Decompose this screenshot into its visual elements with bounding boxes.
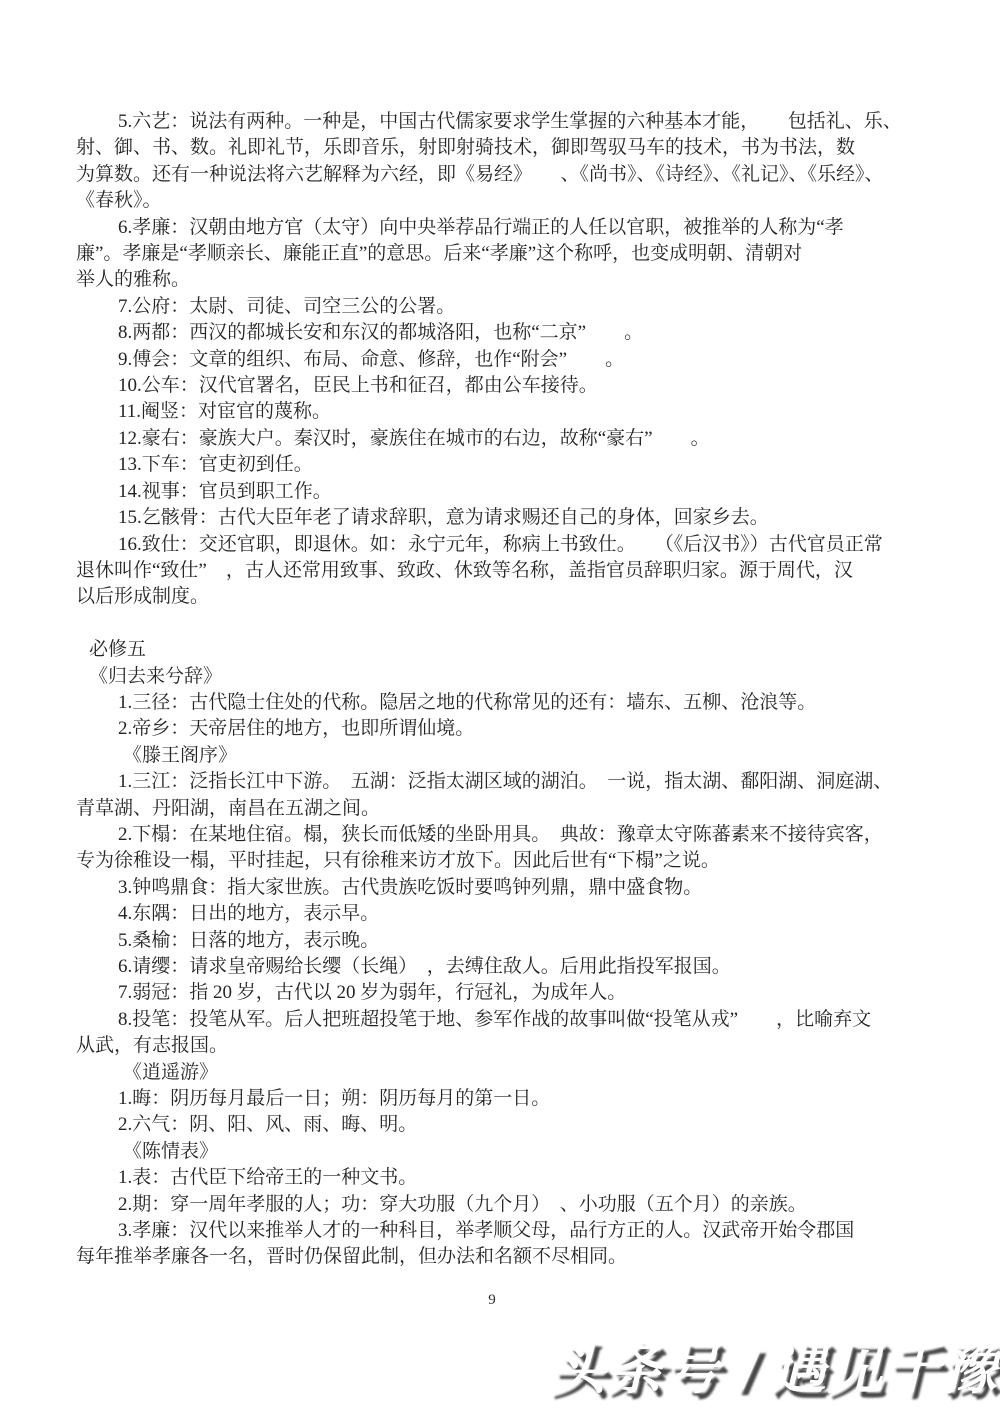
paragraph: 4.东隅：日出的地方，表示早。	[76, 901, 912, 927]
paragraph: 1.三径：古代隐士住处的代称。隐居之地的代称常见的还有：墙东、五柳、沧浪等。	[76, 690, 912, 716]
paragraph: 5.桑榆：日落的地方，表示晚。	[76, 928, 912, 954]
paragraph: 2.帝乡：天帝居住的地方，也即所谓仙境。	[76, 716, 912, 742]
paragraph: 1.三江：泛指长江中下游。 五湖：泛指太湖区域的湖泊。 一说，指太湖、鄱阳湖、洞…	[76, 769, 912, 822]
blank-line	[76, 611, 912, 637]
paragraph: 14.视事：官员到职工作。	[76, 479, 912, 505]
paragraph: 1.晦：阴历每月最后一日；朔：阴历每月的第一日。	[76, 1086, 912, 1112]
paragraph: 2.下榻：在某地住宿。榻，狭长而低矮的坐卧用具。 典故：豫章太守陈蕃素来不接待宾…	[76, 822, 912, 875]
paragraph: 7.公府：太尉、司徒、司空三公的公署。	[76, 294, 912, 320]
paragraph: 《逍遥游》	[76, 1060, 912, 1086]
paragraph: 6.孝廉：汉朝由地方官（太守）向中央举荐品行端正的人任以官职，被推举的人称为“孝…	[76, 215, 912, 294]
paragraph: 1.表：古代臣下给帝王的一种文书。	[76, 1165, 912, 1191]
paragraph: 10.公车：汉代官署名，臣民上书和征召，都由公车接待。	[76, 373, 912, 399]
document-body: 5.六艺：说法有两种。一种是，中国古代儒家要求学生掌握的六种基本才能， 包括礼、…	[76, 109, 912, 1271]
paragraph: 11.阉竖：对宦官的蔑称。	[76, 399, 912, 425]
paragraph: 必修五	[76, 637, 912, 663]
paragraph: 15.乞骸骨：古代大臣年老了请求辞职，意为请求赐还自己的身体，回家乡去。	[76, 505, 912, 531]
paragraph: 《陈情表》	[76, 1139, 912, 1165]
paragraph: 5.六艺：说法有两种。一种是，中国古代儒家要求学生掌握的六种基本才能， 包括礼、…	[76, 109, 912, 215]
paragraph: 2.六气：阴、阳、风、雨、晦、明。	[76, 1112, 912, 1138]
document-page: 5.六艺：说法有两种。一种是，中国古代儒家要求学生掌握的六种基本才能， 包括礼、…	[0, 0, 1000, 1415]
paragraph: 12.豪右：豪族大户。秦汉时，豪族住在城市的右边，故称“豪右” 。	[76, 426, 912, 452]
paragraph: 13.下车：官吏初到任。	[76, 452, 912, 478]
paragraph: 《滕王阁序》	[76, 743, 912, 769]
watermark-text: 头条号 / 遇见千豫	[545, 1325, 1000, 1405]
paragraph: 2.期：穿一周年孝服的人；功：穿大功服（九个月） 、小功服（五个月）的亲族。	[76, 1192, 912, 1218]
paragraph: 9.傅会：文章的组织、布局、命意、修辞，也作“附会” 。	[76, 347, 912, 373]
paragraph: 8.两都：西汉的都城长安和东汉的都城洛阳，也称“二京” 。	[76, 320, 912, 346]
paragraph: 3.钟鸣鼎食：指大家世族。古代贵族吃饭时要鸣钟列鼎，鼎中盛食物。	[76, 875, 912, 901]
page-number: 9	[0, 1292, 984, 1309]
paragraph: 3.孝廉：汉代以来推举人才的一种科目，举孝顺父母，品行方正的人。汉武帝开始令郡国…	[76, 1218, 912, 1271]
paragraph: 7.弱冠：指 20 岁，古代以 20 岁为弱年，行冠礼，为成年人。	[76, 980, 912, 1006]
paragraph: 6.请缨：请求皇帝赐给长缨（长绳） ，去缚住敌人。后用此指投军报国。	[76, 954, 912, 980]
paragraph: 16.致仕：交还官职，即退休。如：永宁元年，称病上书致仕。 （《后汉书》）古代官…	[76, 532, 912, 611]
paragraph: 《归去来兮辞》	[76, 664, 912, 690]
paragraph: 8.投笔：投笔从军。后人把班超投笔于地、参军作战的故事叫做“投笔从戎” ，比喻弃…	[76, 1007, 912, 1060]
